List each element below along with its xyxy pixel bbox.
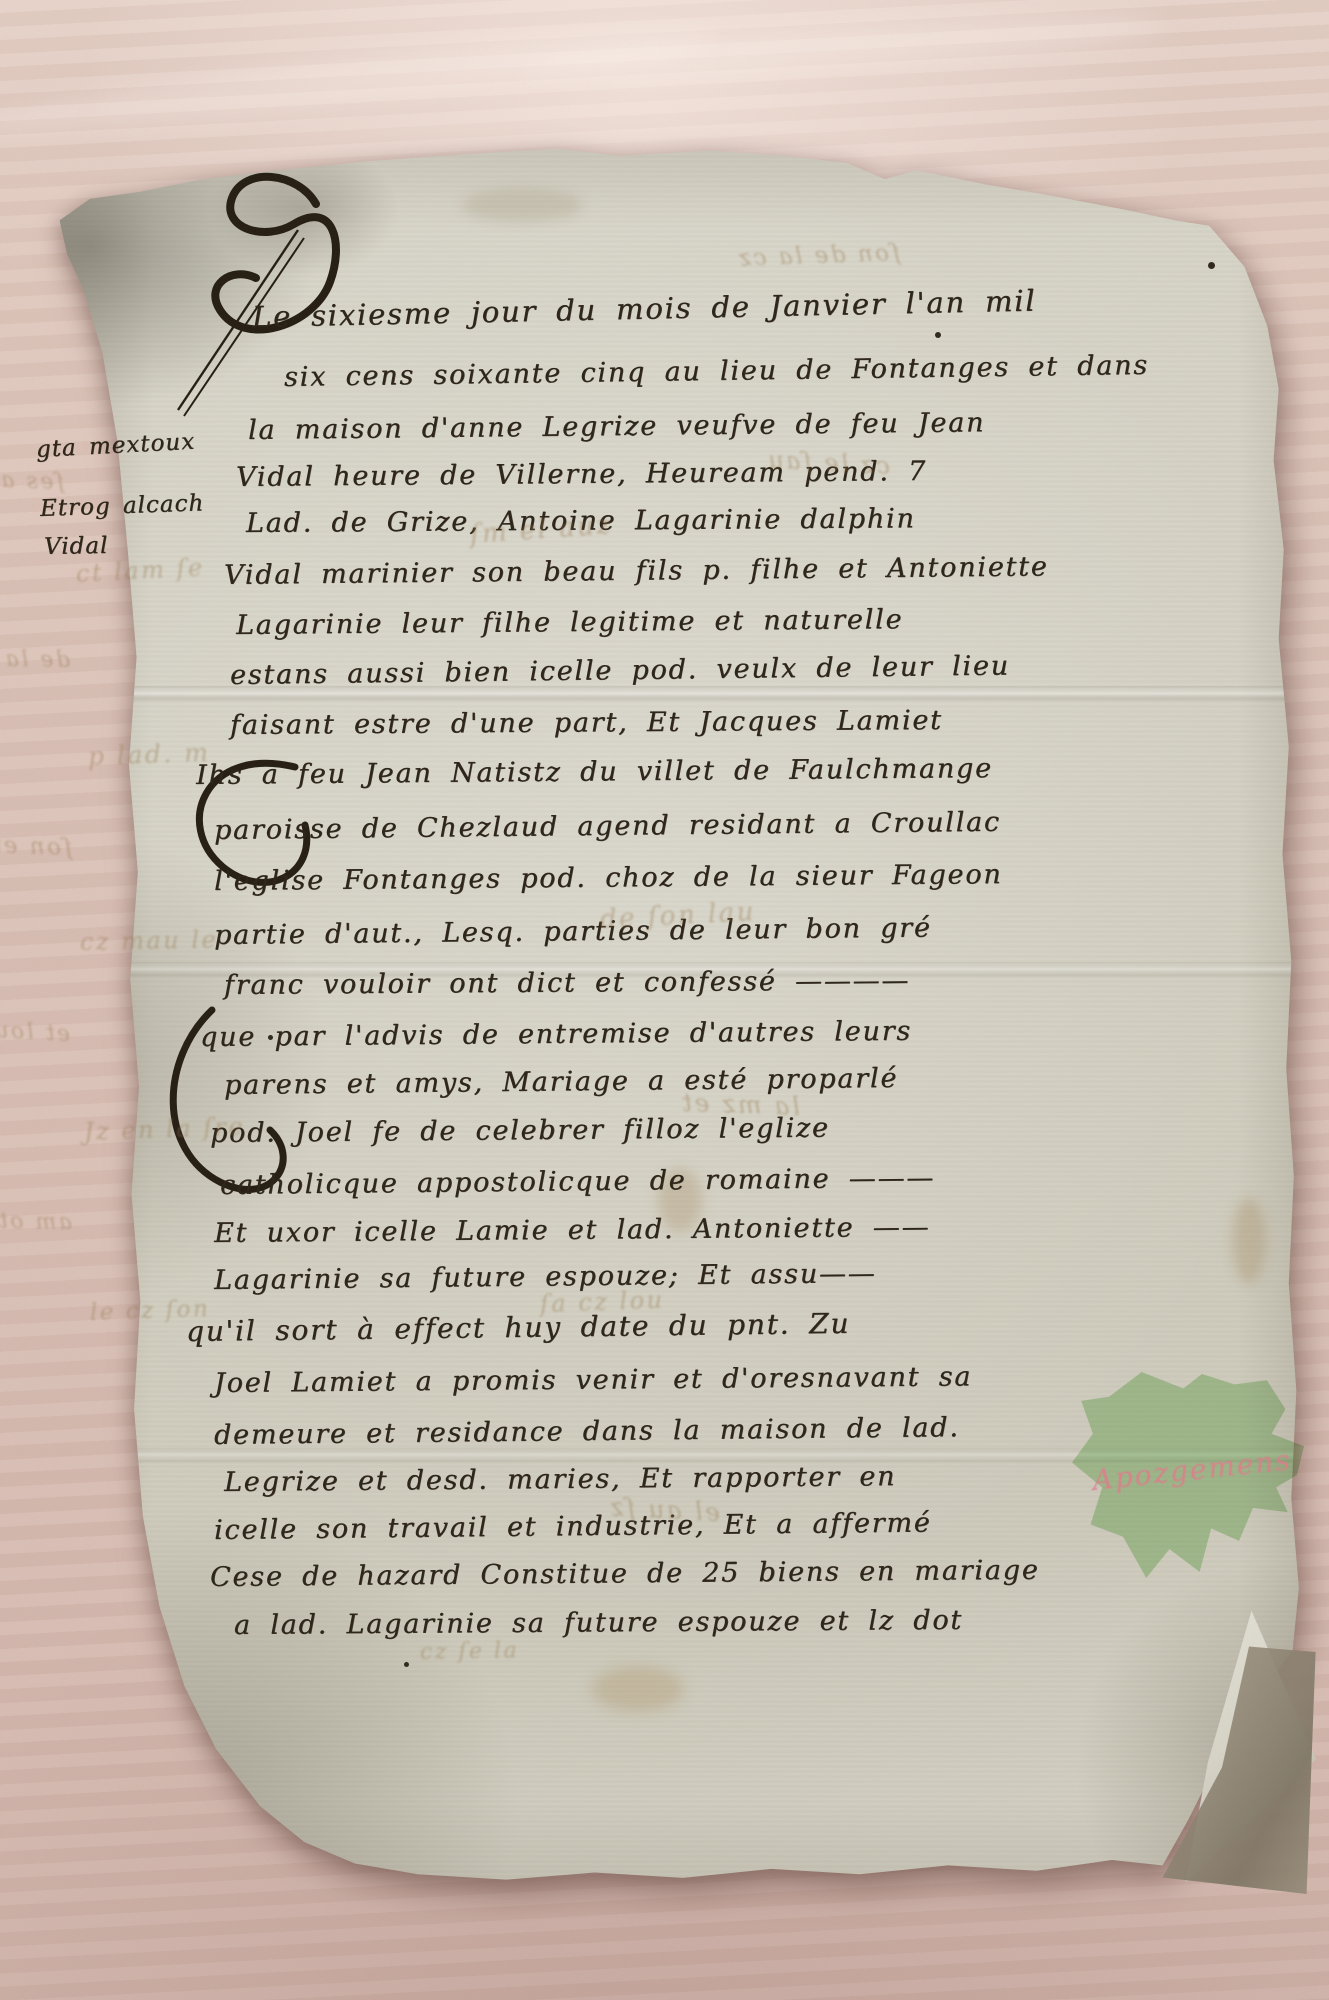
paper-stain: [658, 1168, 702, 1232]
stamp-watermark-blob: [1072, 1372, 1304, 1578]
bleedthrough-mark: ſes au lou cz: [0, 464, 64, 495]
bleedthrough-mark: cz le ſau: [765, 446, 891, 480]
paper-stain: [1232, 1198, 1266, 1284]
manuscript-line: icelle son travail et industrie, Et a af…: [214, 1507, 932, 1546]
bleedthrough-mark: Jz en la ſre: [84, 1112, 246, 1146]
ink-speck: [1240, 1660, 1246, 1666]
manuscript-line: Joel Lamiet a promis venir et d'oresnava…: [214, 1361, 972, 1399]
ink-speck: [935, 332, 941, 338]
bleedthrough-mark: cz ſe la: [420, 1638, 520, 1665]
bleedthrough-mark: am ot de m: [0, 1207, 72, 1235]
bleedthrough-mark: la mz et: [679, 1088, 800, 1121]
manuscript-line: l'eglise Fontanges pod. choz de la sieur…: [214, 859, 1003, 897]
manuscript-line: faisant estre d'une part, Et Jacques Lam…: [230, 705, 943, 741]
manuscript-line: catholicque appostolicque de romaine ———: [220, 1163, 935, 1201]
paper-shading: [52, 138, 1314, 1928]
torn-corner-fold: [1178, 1608, 1328, 1888]
paper-shadow-wrap: [0, 0, 1329, 2000]
manuscript-line: qu'il sort à effect huy date du pnt. Zu: [186, 1307, 851, 1348]
bleedthrough-mark: ct lam ſe: [75, 553, 205, 588]
manuscript-line: pod. Joel fe de celebrer filloz l'eglize: [210, 1113, 830, 1149]
manuscript-line: Cese de hazard Constitue de 25 biens en …: [210, 1555, 1040, 1593]
pen-flourish: [165, 755, 325, 915]
manuscript-line: franc vouloir ont dict et confessé ————: [224, 965, 910, 1001]
manuscript-line: Lagarinie leur filhe legitime et naturel…: [236, 604, 904, 641]
bleedthrough-mark: p lad. m: [87, 738, 210, 771]
ink-layer: Le sixiesme jour du mois de Janvier l'an…: [0, 0, 1329, 2000]
manuscript-line: Ihs a feu Jean Natistz du villet de Faul…: [196, 753, 993, 791]
torn-corner-backing: [1150, 1630, 1329, 1905]
bleedthrough-mark: ſon et cz: [0, 831, 72, 861]
ink-speck: [268, 1035, 273, 1040]
bleedthrough-mark: ſm el auz: [469, 510, 614, 550]
manuscript-line: Vidal marinier son beau fils p. filhe et…: [224, 551, 1049, 591]
fabric-highlight: [519, 6, 1160, 91]
manuscript-line: Legrize et desd. maries, Et rapporter en: [224, 1461, 897, 1498]
manuscript-line: paroisse de Chezlaud agend residant a Cr…: [214, 807, 1001, 846]
ink-speck: [1208, 262, 1215, 269]
fold-crease: [52, 962, 1314, 978]
fold-crease: [52, 686, 1314, 702]
manuscript-line: la maison d'anne Legrize veufve de feu J…: [248, 407, 986, 446]
bleedthrough-mark: ſon de la cz: [736, 240, 900, 272]
bleedthrough-mark: de la ſz ou: [0, 646, 70, 673]
manuscript-line: Lad. de Grize, Antoine Lagarinie dalphin: [246, 503, 916, 539]
bleedthrough-mark: cz mau le: [80, 926, 219, 956]
paper-stain: [592, 1666, 684, 1712]
manuscript-line: six cens soixante cinq au lieu de Fontan…: [284, 350, 1149, 393]
bleedthrough-mark: el au ſz: [607, 1492, 720, 1527]
paper-stain: [462, 188, 582, 222]
bleedthrough-mark: ſa cz lou: [540, 1286, 666, 1318]
fold-crease: [52, 1448, 1314, 1464]
margin-note: Etrog alcach: [40, 490, 205, 522]
bleedthrough-mark: de ſon lau: [599, 897, 757, 935]
manuscript-paper: [52, 138, 1314, 1928]
bleedthrough-mark: et lou ſa: [0, 1016, 71, 1047]
manuscript-line: demeure et residance dans la maison de l…: [214, 1412, 960, 1451]
photo-grain-overlay: [0, 0, 1329, 2000]
manuscript-line: que par l'advis de entremise d'autres le…: [200, 1016, 912, 1053]
margin-note: gta mextoux: [35, 429, 195, 463]
manuscript-line: Vidal heure de Villerne, Heuream pend. 7: [236, 456, 927, 493]
margin-note: Vidal: [44, 533, 109, 560]
manuscript-line: Et uxor icelle Lamie et lad. Antoniette …: [214, 1212, 931, 1249]
bleedthrough-mark: le cz ſon: [90, 1296, 211, 1326]
photo-of-manuscript: Le sixiesme jour du mois de Janvier l'an…: [0, 0, 1329, 2000]
manuscript-line: a lad. Lagarinie sa future espouze et lz…: [234, 1605, 963, 1641]
manuscript-line: Lagarinie sa future espouze; Et assu——: [214, 1258, 877, 1296]
manuscript-line: partie d'aut., Lesq. parties de leur bon…: [214, 912, 932, 951]
manuscript-line: estans aussi bien icelle pod. veulx de l…: [230, 650, 1010, 691]
manuscript-line: Le sixiesme jour du mois de Janvier l'an…: [252, 284, 1037, 334]
fabric-highlight: [0, 14, 720, 152]
initial-flourish: [148, 158, 408, 488]
watermark-text: Apozgemens: [1091, 1440, 1323, 1497]
pen-flourish: [150, 1000, 330, 1215]
manuscript-line: parens et amys, Mariage a esté proparlé: [224, 1063, 898, 1101]
ink-speck: [404, 1662, 409, 1667]
